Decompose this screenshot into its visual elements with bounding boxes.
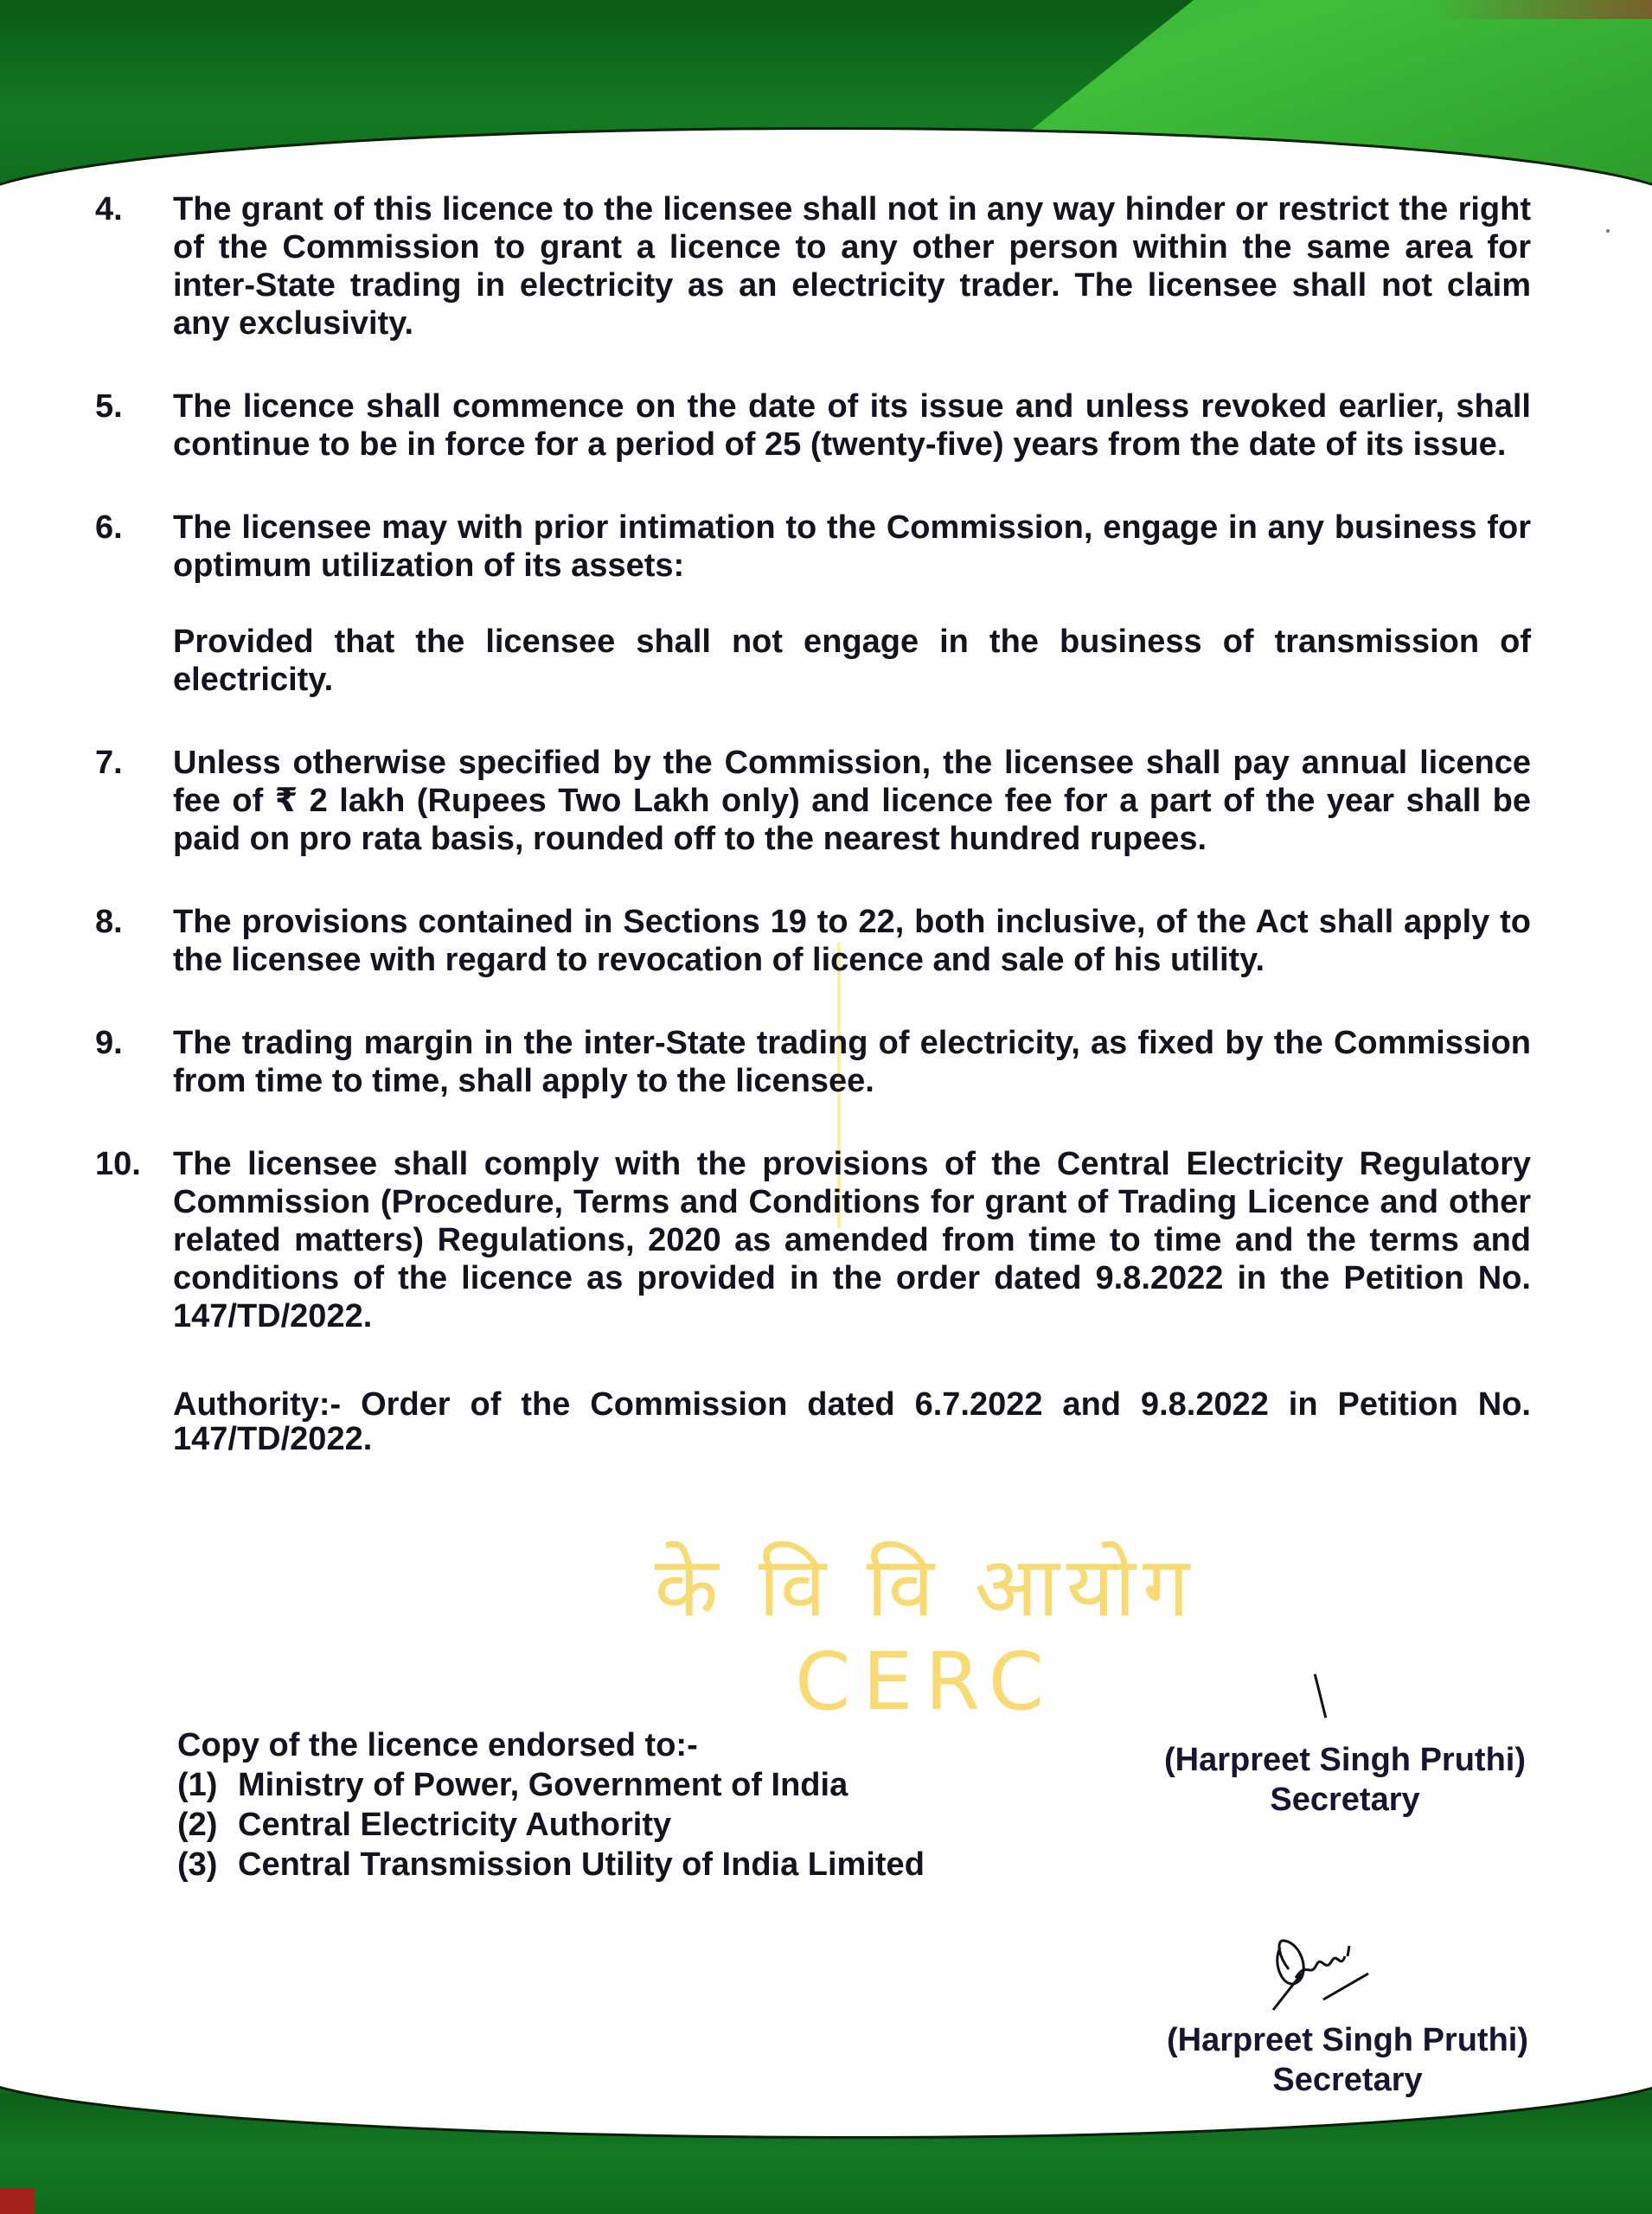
licence-clauses: 4. The grant of this licence to the lice… <box>95 190 1531 1489</box>
signatory-block-top: (Harpreet Singh Pruthi) Secretary <box>1129 1740 1561 1820</box>
endorsement-index: (3) <box>177 1845 238 1884</box>
clause-9: 9. The trading margin in the inter-State… <box>95 1024 1531 1100</box>
endorsement-index: (1) <box>177 1765 238 1805</box>
clause-text: The licensee shall comply with the provi… <box>173 1145 1531 1335</box>
signatory-name: (Harpreet Singh Pruthi) <box>1131 2020 1564 2060</box>
clause-number: 6. <box>95 509 173 699</box>
endorsement-list: (1)Ministry of Power, Government of Indi… <box>177 1765 925 1884</box>
top-corner-shadow <box>1427 0 1652 19</box>
clause-number: 9. <box>95 1024 173 1100</box>
clause-4: 4. The grant of this licence to the lice… <box>95 190 1531 342</box>
clause-6: 6. The licensee may with prior intimatio… <box>95 509 1531 699</box>
clause-text: The provisions contained in Sections 19 … <box>173 903 1531 979</box>
clause-text: The grant of this licence to the license… <box>173 190 1531 342</box>
signatory-title: Secretary <box>1129 1780 1561 1820</box>
endorsement-block: Copy of the licence endorsed to:- (1)Min… <box>177 1725 925 1884</box>
endorsement-index: (2) <box>177 1805 238 1845</box>
clause-number: 10. <box>95 1145 173 1335</box>
endorsement-recipient: Central Transmission Utility of India Li… <box>238 1846 925 1883</box>
page-speck <box>1606 229 1610 233</box>
clause-text: Unless otherwise specified by the Commis… <box>173 744 1531 858</box>
clause-number: 4. <box>95 190 173 342</box>
endorsement-item: (2)Central Electricity Authority <box>177 1805 925 1845</box>
clause-number: 5. <box>95 387 173 464</box>
signatory-block-bottom: (Harpreet Singh Pruthi) Secretary <box>1131 2020 1564 2100</box>
endorsement-recipient: Central Electricity Authority <box>238 1807 671 1843</box>
endorsement-heading: Copy of the licence endorsed to:- <box>177 1725 925 1765</box>
clause-number: 8. <box>95 903 173 979</box>
clause-5: 5. The licence shall commence on the dat… <box>95 387 1531 464</box>
bottom-red-corner <box>0 2188 35 2214</box>
signatory-title: Secretary <box>1131 2060 1564 2100</box>
endorsement-item: (1)Ministry of Power, Government of Indi… <box>177 1765 925 1805</box>
clause-number: 7. <box>95 744 173 858</box>
handwritten-signature <box>1263 1930 1418 2017</box>
clause-text: The licensee may with prior intimation t… <box>173 509 1531 585</box>
endorsement-recipient: Ministry of Power, Government of India <box>238 1767 848 1803</box>
clause-proviso: Provided that the licensee shall not eng… <box>173 623 1531 699</box>
clause-text: The licence shall commence on the date o… <box>173 387 1531 464</box>
endorsement-item: (3)Central Transmission Utility of India… <box>177 1845 925 1884</box>
clause-10: 10. The licensee shall comply with the p… <box>95 1145 1531 1335</box>
signatory-name: (Harpreet Singh Pruthi) <box>1129 1740 1561 1780</box>
clause-8: 8. The provisions contained in Sections … <box>95 903 1531 979</box>
clause-7: 7. Unless otherwise specified by the Com… <box>95 744 1531 858</box>
clause-text: The trading margin in the inter-State tr… <box>173 1024 1531 1100</box>
authority-statement: Authority:- Order of the Commission date… <box>173 1387 1531 1456</box>
